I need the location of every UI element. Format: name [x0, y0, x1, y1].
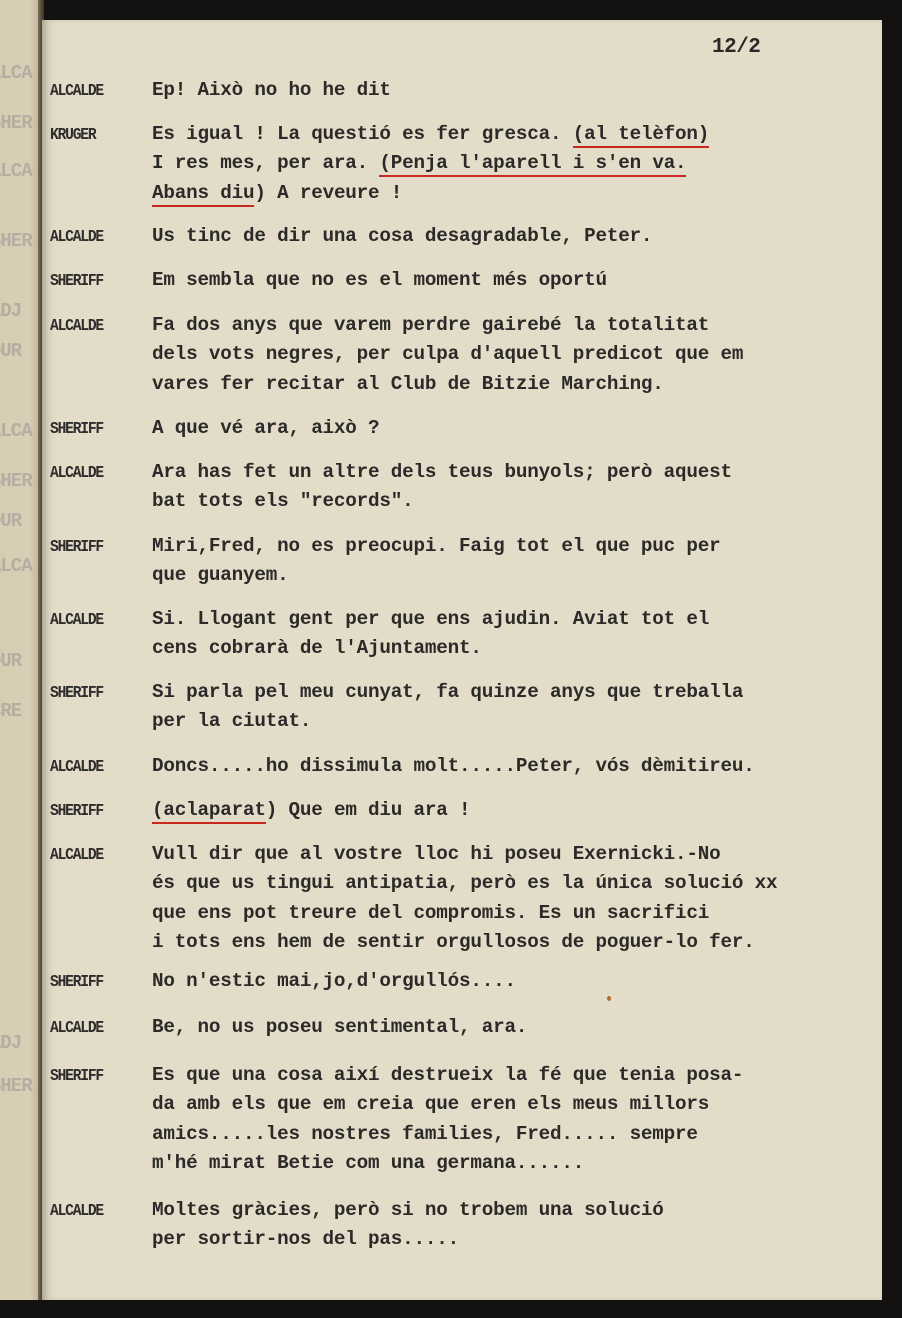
previous-page-label: SHER	[0, 112, 32, 134]
dialogue-text: Es que una cosa així destrueix la fé que…	[152, 1064, 743, 1086]
dialogue-entry: SHERIFFEs que una cosa així destrueix la…	[42, 1067, 882, 1184]
dialogue-text: i tots ens hem de sentir orgullosos de p…	[152, 931, 755, 953]
dialogue-line: Us tinc de dir una cosa desagradable, Pe…	[152, 225, 652, 247]
previous-page-edge: ALCASHERALCASHERADJDURALCASHERDURALCADUR…	[0, 0, 42, 1300]
dialogue-text: vares fer recitar al Club de Bitzie Marc…	[152, 373, 664, 395]
dialogue-line: que guanyem.	[152, 564, 288, 586]
dialogue-text: que ens pot treure del compromis. Es un …	[152, 902, 709, 924]
previous-page-label: ALCA	[0, 160, 32, 182]
dialogue-line: Miri,Fred, no es preocupi. Faig tot el q…	[152, 535, 721, 557]
dialogue-line: cens cobrarà de l'Ajuntament.	[152, 637, 482, 659]
dialogue-line: vares fer recitar al Club de Bitzie Marc…	[152, 373, 664, 395]
dialogue-line: Em sembla que no es el moment més oportú	[152, 269, 607, 291]
speaker-name: SHERIFF	[50, 1067, 103, 1086]
dialogue-line: Es que una cosa així destrueix la fé que…	[152, 1064, 743, 1086]
speaker-name: ALCALDE	[50, 758, 103, 777]
speaker-name: KRUGER	[50, 126, 95, 145]
dialogue-text: és que us tingui antipatia, però es la ú…	[152, 872, 777, 894]
speaker-name: ALCALDE	[50, 611, 103, 630]
dialogue-line: Abans diu) A reveure !	[152, 182, 402, 204]
dialogue-entry: ALCALDEVull dir que al vostre lloc hi po…	[42, 846, 882, 963]
speaker-name: ALCALDE	[50, 846, 103, 865]
dialogue-entry: ALCALDEEp! Això no ho he dit	[42, 82, 882, 111]
speaker-name: ALCALDE	[50, 228, 103, 247]
dialogue-text: Em sembla que no es el moment més oportú	[152, 269, 607, 291]
speaker-name: SHERIFF	[50, 272, 103, 291]
previous-page-label: DUR	[0, 340, 21, 362]
dialogue-entry: ALCALDEMoltes gràcies, però si no trobem…	[42, 1202, 882, 1261]
stage-direction-underlined: (Penja l'aparell i s'en va.	[379, 152, 686, 177]
speaker-name: ALCALDE	[50, 1202, 103, 1221]
dialogue-line: Fa dos anys que varem perdre gairebé la …	[152, 314, 709, 336]
dialogue-text: cens cobrarà de l'Ajuntament.	[152, 637, 482, 659]
dialogue-line: Si parla pel meu cunyat, fa quinze anys …	[152, 681, 743, 703]
dialogue-line: per sortir-nos del pas.....	[152, 1228, 459, 1250]
dialogue-text: No n'estic mai,jo,d'orgullós....	[152, 970, 516, 992]
dialogue-line: que ens pot treure del compromis. Es un …	[152, 902, 709, 924]
dialogue-text: Si. Llogant gent per que ens ajudin. Avi…	[152, 608, 709, 630]
dialogue-text: m'hé mirat Betie com una germana......	[152, 1152, 584, 1174]
speaker-name: SHERIFF	[50, 420, 103, 439]
dialogue-line: per la ciutat.	[152, 710, 311, 732]
dialogue-text: Us tinc de dir una cosa desagradable, Pe…	[152, 225, 652, 247]
dialogue-text: Vull dir que al vostre lloc hi poseu Exe…	[152, 843, 721, 865]
dialogue-text: da amb els que em creia que eren els meu…	[152, 1093, 709, 1115]
dialogue-line: dels vots negres, per culpa d'aquell pre…	[152, 343, 743, 365]
dialogue-entry: ALCALDEFa dos anys que varem perdre gair…	[42, 317, 882, 405]
dialogue-text: ) Que em diu ara !	[266, 799, 471, 821]
dialogue-line: Doncs.....ho dissimula molt.....Peter, v…	[152, 755, 755, 777]
speaker-name: SHERIFF	[50, 802, 103, 821]
dialogue-entry: SHERIFFSi parla pel meu cunyat, fa quinz…	[42, 684, 882, 743]
dialogue-line: I res mes, per ara. (Penja l'aparell i s…	[152, 152, 686, 174]
dialogue-entry: ALCALDESi. Llogant gent per que ens ajud…	[42, 611, 882, 670]
page-number: 12/2	[712, 36, 760, 59]
dialogue-line: m'hé mirat Betie com una germana......	[152, 1152, 584, 1174]
dialogue-text: Miri,Fred, no es preocupi. Faig tot el q…	[152, 535, 721, 557]
dialogue-entry: ALCALDEAra has fet un altre dels teus bu…	[42, 464, 882, 523]
dialogue-line: A que vé ara, això ?	[152, 417, 379, 439]
dialogue-text: dels vots negres, per culpa d'aquell pre…	[152, 343, 743, 365]
speaker-name: SHERIFF	[50, 684, 103, 703]
dialogue-text: Es igual ! La questió es fer gresca.	[152, 123, 573, 145]
previous-page-label: SHER	[0, 230, 32, 252]
dialogue-entry: ALCALDEBe, no us poseu sentimental, ara.	[42, 1019, 882, 1048]
dialogue-entry: ALCALDEUs tinc de dir una cosa desagrada…	[42, 228, 882, 257]
dialogue-line: Si. Llogant gent per que ens ajudin. Avi…	[152, 608, 709, 630]
previous-page-label: DUR	[0, 650, 21, 672]
dialogue-line: Ep! Això no ho he dit	[152, 79, 391, 101]
dialogue-entry: SHERIFFMiri,Fred, no es preocupi. Faig t…	[42, 538, 882, 597]
dialogue-entry: SHERIFF(aclaparat) Que em diu ara !	[42, 802, 882, 831]
dialogue-text: Ara has fet un altre dels teus bunyols; …	[152, 461, 732, 483]
dialogue-line: i tots ens hem de sentir orgullosos de p…	[152, 931, 755, 953]
previous-page-label: DUR	[0, 510, 21, 532]
script-page: 12/2 ALCALDEEp! Això no ho he ditKRUGERE…	[42, 20, 882, 1300]
speaker-name: ALCALDE	[50, 1019, 103, 1038]
dialogue-line: bat tots els "records".	[152, 490, 414, 512]
previous-page-label: ADJ	[0, 1032, 21, 1054]
dialogue-text: A que vé ara, això ?	[152, 417, 379, 439]
previous-page-label: ADJ	[0, 300, 21, 322]
previous-page-label: SHER	[0, 1075, 32, 1097]
dialogue-entry: SHERIFFNo n'estic mai,jo,d'orgullós....	[42, 973, 882, 1002]
stage-direction-underlined: (al telèfon)	[573, 123, 709, 148]
dialogue-line: (aclaparat) Que em diu ara !	[152, 799, 470, 821]
dialogue-text: bat tots els "records".	[152, 490, 414, 512]
stage-direction-underlined: Abans diu	[152, 182, 254, 207]
dialogue-text: Moltes gràcies, però si no trobem una so…	[152, 1199, 664, 1221]
previous-page-label: ALCA	[0, 62, 32, 84]
dialogue-entry: KRUGEREs igual ! La questió es fer gresc…	[42, 126, 882, 214]
speaker-name: ALCALDE	[50, 464, 103, 483]
dialogue-entry: SHERIFFEm sembla que no es el moment més…	[42, 272, 882, 301]
dialogue-text: Fa dos anys que varem perdre gairebé la …	[152, 314, 709, 336]
dialogue-line: Be, no us poseu sentimental, ara.	[152, 1016, 527, 1038]
speaker-name: SHERIFF	[50, 538, 103, 557]
dialogue-text: I res mes, per ara.	[152, 152, 379, 174]
dialogue-text: per la ciutat.	[152, 710, 311, 732]
dialogue-text: Be, no us poseu sentimental, ara.	[152, 1016, 527, 1038]
dialogue-line: No n'estic mai,jo,d'orgullós....	[152, 970, 516, 992]
dialogue-text: amics.....les nostres families, Fred....…	[152, 1123, 698, 1145]
dialogue-text: Si parla pel meu cunyat, fa quinze anys …	[152, 681, 743, 703]
stage-direction-underlined: (aclaparat	[152, 799, 266, 824]
dialogue-text: Ep! Això no ho he dit	[152, 79, 391, 101]
dialogue-line: Moltes gràcies, però si no trobem una so…	[152, 1199, 664, 1221]
speaker-name: SHERIFF	[50, 973, 103, 992]
dialogue-text: per sortir-nos del pas.....	[152, 1228, 459, 1250]
dialogue-text: que guanyem.	[152, 564, 288, 586]
dialogue-line: Ara has fet un altre dels teus bunyols; …	[152, 461, 732, 483]
previous-page-label: SHER	[0, 470, 32, 492]
speaker-name: ALCALDE	[50, 317, 103, 336]
dialogue-entry: SHERIFFA que vé ara, això ?	[42, 420, 882, 449]
dialogue-line: amics.....les nostres families, Fred....…	[152, 1123, 698, 1145]
dialogue-entry: ALCALDEDoncs.....ho dissimula molt.....P…	[42, 758, 882, 787]
previous-page-label: ALCA	[0, 420, 32, 442]
dialogue-text: Doncs.....ho dissimula molt.....Peter, v…	[152, 755, 755, 777]
previous-page-label: ALCA	[0, 555, 32, 577]
dialogue-line: da amb els que em creia que eren els meu…	[152, 1093, 709, 1115]
dialogue-line: Es igual ! La questió es fer gresca. (al…	[152, 123, 709, 145]
dialogue-line: Vull dir que al vostre lloc hi poseu Exe…	[152, 843, 721, 865]
previous-page-label: CRE	[0, 700, 21, 722]
dialogue-text: ) A reveure !	[254, 182, 402, 204]
speaker-name: ALCALDE	[50, 82, 103, 101]
dialogue-line: és que us tingui antipatia, però es la ú…	[152, 872, 777, 894]
